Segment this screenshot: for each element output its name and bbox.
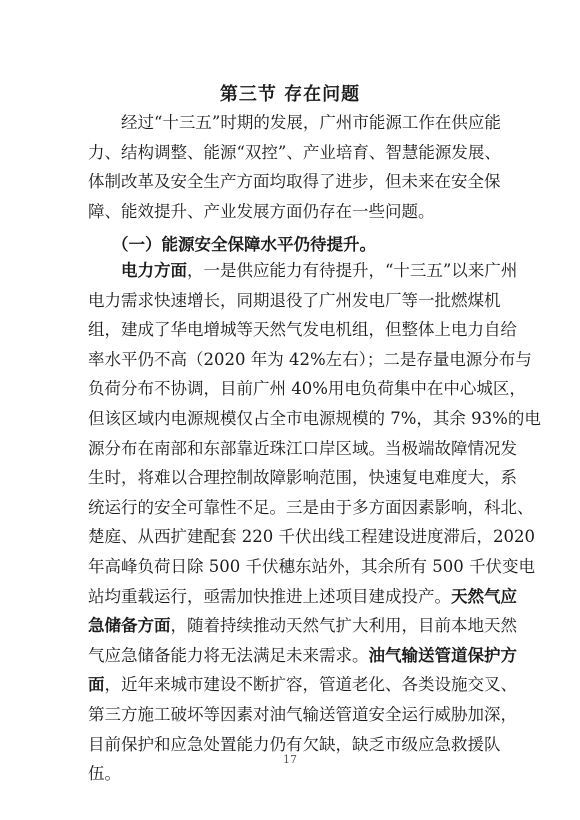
text: ，近年来城市建设不断扩容，管道老化、各类设施交叉、 bbox=[105, 675, 518, 694]
body-line: 电力需求快速增长，同期退役了广州发电厂等一批燃煤机 bbox=[88, 291, 500, 311]
page-number: 17 bbox=[0, 753, 580, 766]
body-line: 组，建成了华电增城等天然气发电机组，但整体上电力自给 bbox=[88, 320, 500, 340]
bold-term: 天然气应 bbox=[451, 587, 517, 606]
intro-line: 力、结构调整、能源“双控”、产业培育、智慧能源发展、 bbox=[88, 143, 500, 163]
body-line: 年高峰负荷日除 500 千伏穗东站外，其余所有 500 千伏变电 bbox=[88, 557, 500, 577]
body-line: 伍。 bbox=[88, 764, 500, 784]
bold-term: 电力方面 bbox=[121, 261, 187, 280]
body-line: 目前保护和应急处置能力仍有欠缺，缺乏市级应急救援队 bbox=[88, 735, 500, 755]
body-line: 站均重载运行，亟需加快推进上述项目建成投产。天然气应 bbox=[88, 587, 500, 607]
body-line: 第三方施工破坏等因素对油气输送管道安全运行威胁加深， bbox=[88, 705, 500, 725]
body-line: 面，近年来城市建设不断扩容，管道老化、各类设施交叉、 bbox=[88, 675, 500, 695]
text: 气应急储备能力将无法满足未来需求。 bbox=[88, 646, 369, 665]
body-line: 气应急储备能力将无法满足未来需求。油气输送管道保护方 bbox=[88, 646, 500, 666]
body-line: 统运行的安全可靠性不足。三是由于多方面因素影响，科北、 bbox=[88, 498, 500, 518]
bold-term: 油气输送管道保护方 bbox=[369, 646, 518, 665]
body-line: 但该区域内电源规模仅占全市电源规模的 7%，其余 93%的电 bbox=[88, 409, 500, 429]
text: ，一是供应能力有待提升，“十三五”以来广州 bbox=[187, 261, 517, 280]
body-line: 电力方面，一是供应能力有待提升，“十三五”以来广州 bbox=[88, 261, 500, 281]
body-line: 楚庭、从西扩建配套 220 千伏出线工程建设进度滞后，2020 bbox=[88, 527, 500, 547]
body-line: 源分布在南部和东部靠近珠江口岸区域。当极端故障情况发 bbox=[88, 439, 500, 459]
body-line: 率水平仍不高（2020 年为 42%左右）；二是存量电源分布与 bbox=[88, 350, 500, 370]
section-title: 第三节 存在问题 bbox=[0, 80, 580, 106]
bold-term: 急储备方面 bbox=[88, 616, 171, 635]
intro-line: 经过“十三五”时期的发展，广州市能源工作在供应能 bbox=[88, 113, 500, 133]
body-line: 急储备方面，随着持续推动天然气扩大利用，目前本地天然 bbox=[88, 616, 500, 636]
body-line: 负荷分布不协调，目前广州 40%用电负荷集中在中心城区， bbox=[88, 379, 500, 399]
body-line: 生时，将难以合理控制故障影响范围，快速复电难度大，系 bbox=[88, 468, 500, 488]
intro-line: 体制改革及安全生产方面均取得了进步，但未来在安全保 bbox=[88, 172, 500, 192]
intro-line: 障、能效提升、产业发展方面仍存在一些问题。 bbox=[88, 202, 500, 222]
subheading: （一）能源安全保障水平仍待提升。 bbox=[112, 231, 376, 255]
text: ，随着持续推动天然气扩大利用，目前本地天然 bbox=[171, 616, 518, 635]
text: 站均重载运行，亟需加快推进上述项目建成投产。 bbox=[88, 587, 451, 606]
document-page: 第三节 存在问题 经过“十三五”时期的发展，广州市能源工作在供应能 力、结构调整… bbox=[0, 0, 580, 820]
bold-term: 面 bbox=[88, 675, 105, 694]
